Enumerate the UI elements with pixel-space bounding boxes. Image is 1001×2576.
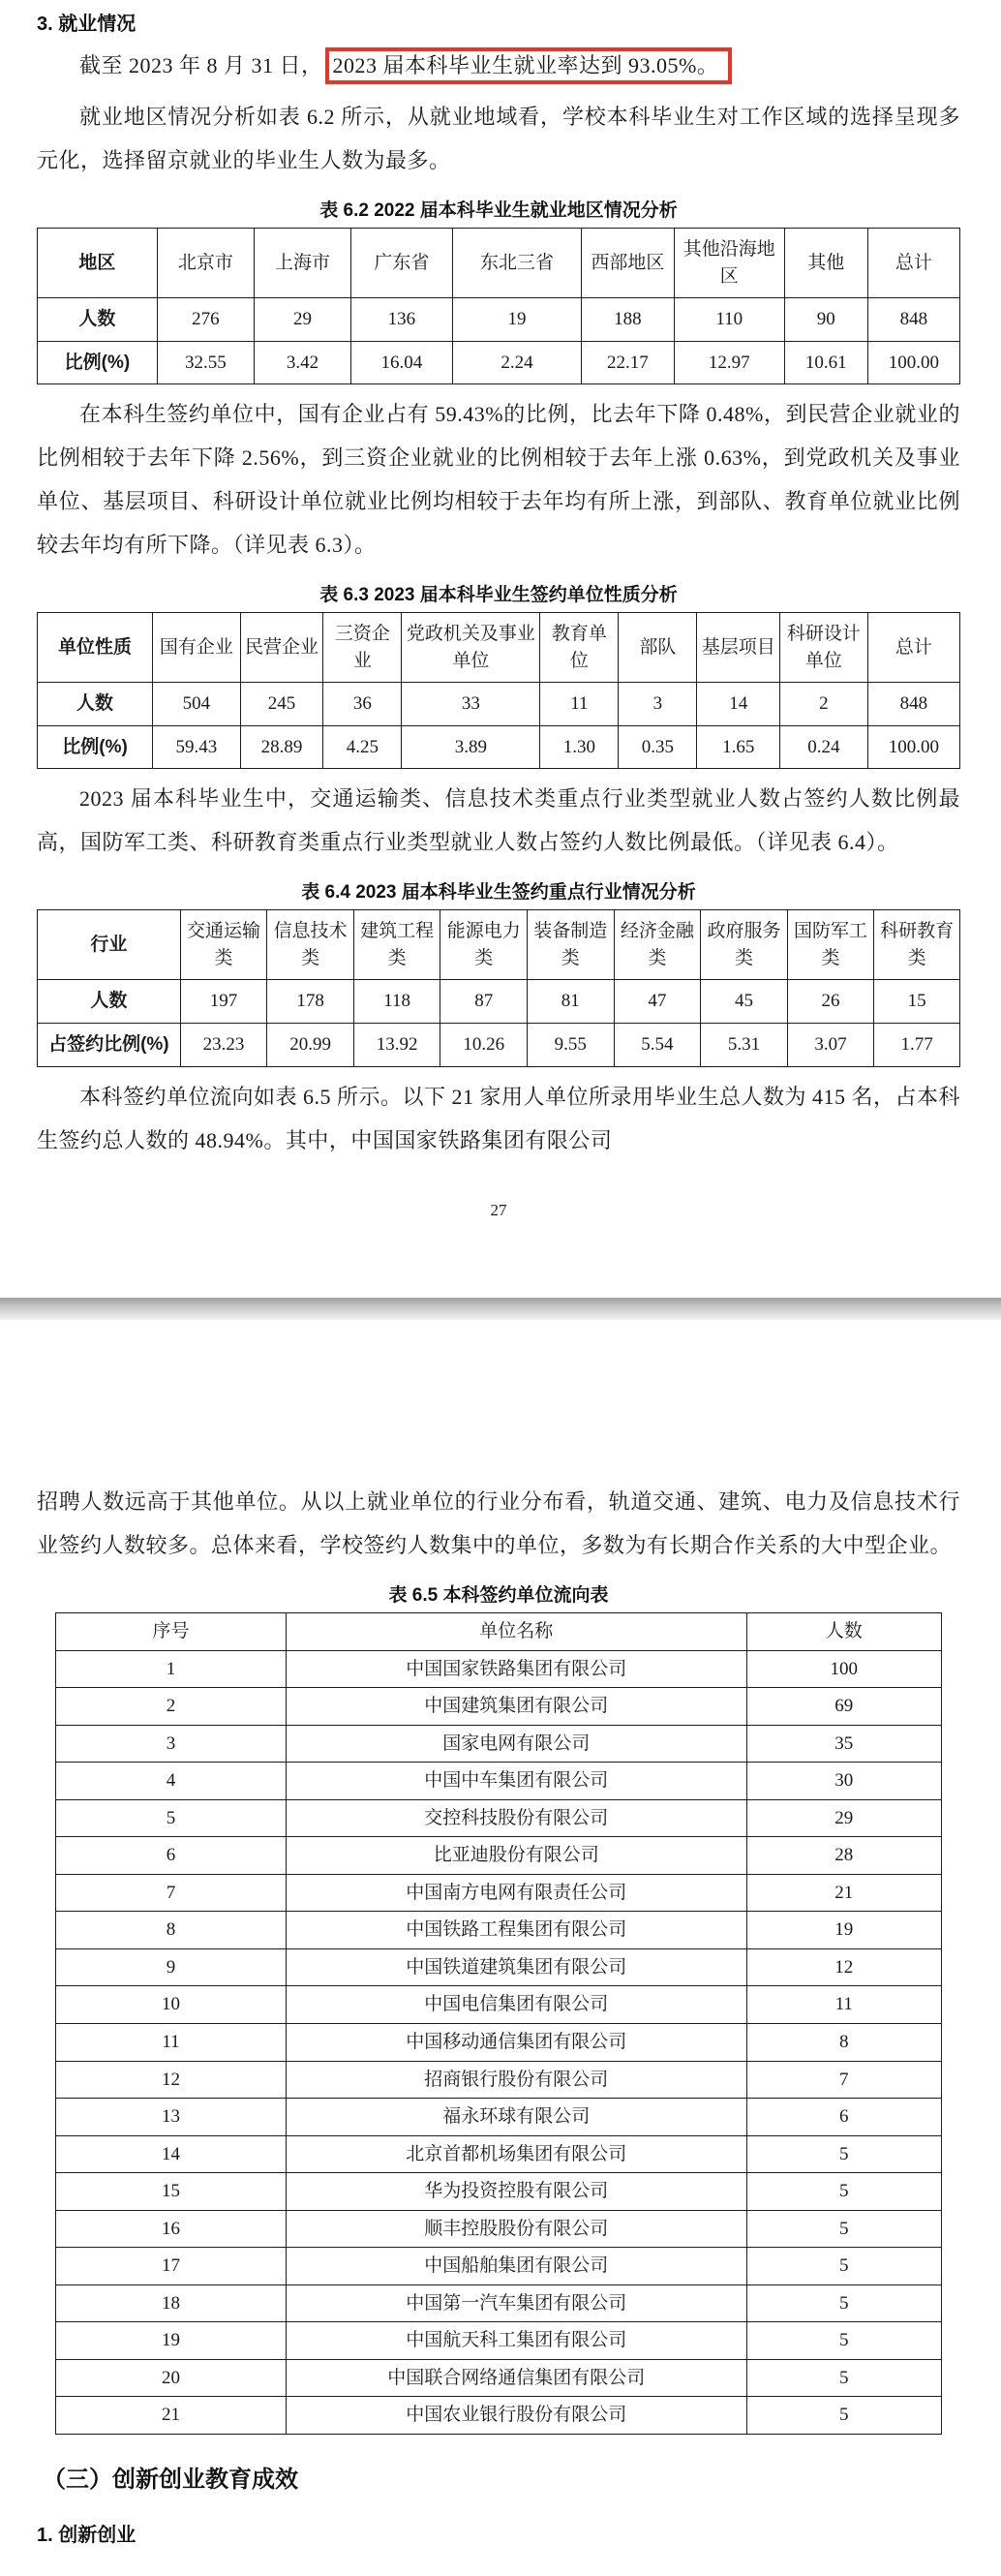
table-header-cell: 科研教育类 (874, 910, 960, 980)
table-header-cell: 地区 (38, 229, 158, 298)
para-unit-nature: 在本科生签约单位中，国有企业占有 59.43%的比例，比去年下降 0.48%，到… (37, 392, 960, 567)
para-recruit: 招聘人数远高于其他单位。从以上就业单位的行业分布看，轨道交通、建筑、电力及信息技… (37, 1480, 960, 1567)
table-cell: 11 (540, 683, 619, 726)
table-cell: 11 (56, 2024, 287, 2062)
table-cell: 12 (56, 2061, 287, 2099)
table-6-5-unit-flow: 序号单位名称人数1中国国家铁路集团有限公司1002中国建筑集团有限公司693国家… (55, 1612, 942, 2435)
table-cell: 848 (867, 683, 959, 726)
table-cell: 5 (746, 2135, 941, 2173)
table-cell: 人数 (38, 298, 158, 342)
table-header-cell: 党政机关及事业单位 (402, 613, 540, 683)
table-header-cell: 单位性质 (38, 613, 153, 683)
table-cell: 18 (56, 2285, 287, 2322)
table-cell: 中国联合网络通信集团有限公司 (286, 2359, 746, 2397)
table-cell: 人数 (38, 980, 181, 1024)
table-cell: 36 (323, 683, 402, 726)
table-cell: 1 (56, 1650, 287, 1688)
table-cell: 848 (867, 298, 959, 342)
table-cell: 28.89 (240, 725, 323, 769)
table-cell: 1.65 (697, 725, 780, 769)
table-cell: 4.25 (323, 725, 402, 769)
para-region-analysis: 就业地区情况分析如表 6.2 所示，从就业地域看，学校本科毕业生对工作区域的选择… (37, 95, 960, 182)
table-cell: 45 (701, 980, 788, 1024)
table-header-cell: 东北三省 (452, 229, 581, 298)
table-row: 人数197178118878147452615 (38, 980, 960, 1024)
employment-rate-prefix: 截至 2023 年 8 月 31 日， (79, 53, 323, 77)
table-row: 15华为投资控股有限公司5 (56, 2173, 942, 2211)
table-cell: 3 (619, 683, 697, 726)
table-cell: 9 (56, 1948, 287, 1986)
table-cell: 1.77 (874, 1024, 960, 1067)
table-header-cell: 建筑工程类 (353, 910, 440, 980)
table-cell: 招商银行股份有限公司 (286, 2061, 746, 2099)
table-header-cell: 政府服务类 (701, 910, 788, 980)
table-cell: 中国中车集团有限公司 (286, 1763, 746, 1800)
table-cell: 11 (746, 1986, 941, 2024)
table-header-cell: 信息技术类 (267, 910, 354, 980)
table-cell: 19 (56, 2322, 287, 2360)
table-cell: 110 (674, 298, 784, 342)
table-cell: 197 (180, 980, 267, 1024)
table-cell: 16.04 (351, 341, 453, 384)
table-cell: 3 (56, 1725, 287, 1763)
table-row: 10中国电信集团有限公司11 (56, 1986, 942, 2024)
table-header-cell: 民营企业 (240, 613, 323, 683)
table-row: 8中国铁路工程集团有限公司19 (56, 1912, 942, 1949)
table-cell: 19 (452, 298, 581, 342)
table-cell: 12.97 (674, 341, 784, 384)
table-cell: 19 (746, 1912, 941, 1949)
table-header-cell: 上海市 (254, 229, 350, 298)
table-header-cell: 部队 (619, 613, 697, 683)
table-row: 21中国农业银行股份有限公司5 (56, 2397, 942, 2435)
table-cell: 29 (254, 298, 350, 342)
table-cell: 87 (440, 980, 528, 1024)
table-cell: 中国移动通信集团有限公司 (286, 2024, 746, 2062)
table-cell: 20.99 (267, 1024, 354, 1067)
table-cell: 中国建筑集团有限公司 (286, 1688, 746, 1726)
table-caption-6-2: 表 6.2 2022 届本科毕业生就业地区情况分析 (37, 196, 960, 222)
table-header-cell: 三资企业 (323, 613, 402, 683)
table-cell: 交控科技股份有限公司 (286, 1799, 746, 1837)
table-cell: 10 (56, 1986, 287, 2024)
table-cell: 中国第一汽车集团有限公司 (286, 2285, 746, 2322)
table-row: 2中国建筑集团有限公司69 (56, 1688, 942, 1726)
table-header-cell: 单位名称 (286, 1613, 746, 1651)
table-cell: 100 (746, 1650, 941, 1688)
table-cell: 20 (56, 2359, 287, 2397)
table-header-cell: 国防军工类 (787, 910, 874, 980)
table-cell: 5.31 (701, 1024, 788, 1067)
table-header-cell: 行业 (38, 910, 181, 980)
table-cell: 5 (56, 1799, 287, 1837)
table-cell: 2 (780, 683, 868, 726)
table-cell: 福永环球有限公司 (286, 2099, 746, 2136)
table-header-cell: 广东省 (351, 229, 453, 298)
table-header-cell: 教育单位 (540, 613, 619, 683)
table-cell: 23.23 (180, 1024, 267, 1067)
table-cell: 中国铁道建筑集团有限公司 (286, 1948, 746, 1986)
table-cell: 3.42 (254, 341, 350, 384)
table-cell: 13.92 (353, 1024, 440, 1067)
table-cell: 比例(%) (38, 725, 153, 769)
table-cell: 245 (240, 683, 323, 726)
table-cell: 5 (746, 2173, 941, 2211)
table-cell: 顺丰控股股份有限公司 (286, 2210, 746, 2248)
table-caption-6-3: 表 6.3 2023 届本科毕业生签约单位性质分析 (37, 580, 960, 606)
section-heading-innovation: （三）创新创业教育成效 (43, 2460, 960, 2494)
para-employment-rate: 截至 2023 年 8 月 31 日，2023 届本科毕业生就业率达到 93.0… (37, 44, 960, 87)
table-header-cell: 装备制造类 (528, 910, 615, 980)
table-row: 20中国联合网络通信集团有限公司5 (56, 2359, 942, 2397)
table-cell: 30 (746, 1763, 941, 1800)
table-cell: 26 (787, 980, 874, 1024)
table-cell: 7 (56, 1874, 287, 1912)
table-cell: 中国船舶集团有限公司 (286, 2248, 746, 2285)
table-cell: 100.00 (867, 725, 959, 769)
subsection-heading-innovation: 1. 创新创业 (37, 2519, 960, 2547)
table-cell: 29 (746, 1799, 941, 1837)
table-cell: 12 (746, 1948, 941, 1986)
table-cell: 中国航天科工集团有限公司 (286, 2322, 746, 2360)
table-header-cell: 国有企业 (153, 613, 241, 683)
table-cell: 21 (746, 1874, 941, 1912)
table-cell: 90 (784, 298, 867, 342)
table-cell: 中国铁路工程集团有限公司 (286, 1912, 746, 1949)
table-row: 比例(%)32.553.4216.042.2422.1712.9710.6110… (38, 341, 960, 384)
table-cell: 10.61 (784, 341, 867, 384)
table-cell: 15 (56, 2173, 287, 2211)
table-row: 4中国中车集团有限公司30 (56, 1763, 942, 1800)
table-header-cell: 总计 (867, 229, 959, 298)
table-row: 14北京首都机场集团有限公司5 (56, 2135, 942, 2173)
table-header-cell: 能源电力类 (440, 910, 528, 980)
table-6-3-unit-nature: 单位性质国有企业民营企业三资企业党政机关及事业单位教育单位部队基层项目科研设计单… (37, 612, 960, 769)
table-row: 13福永环球有限公司6 (56, 2099, 942, 2136)
table-cell: 人数 (38, 683, 153, 726)
table-cell: 北京首都机场集团有限公司 (286, 2135, 746, 2173)
table-cell: 47 (614, 980, 701, 1024)
table-cell: 22.17 (582, 341, 674, 384)
table-caption-6-5: 表 6.5 本科签约单位流向表 (37, 1580, 960, 1607)
table-cell: 13 (56, 2099, 287, 2136)
table-cell: 4 (56, 1763, 287, 1800)
table-cell: 中国电信集团有限公司 (286, 1986, 746, 2024)
table-row: 3国家电网有限公司35 (56, 1725, 942, 1763)
table-cell: 5 (746, 2359, 941, 2397)
table-header-row: 行业交通运输类信息技术类建筑工程类能源电力类装备制造类经济金融类政府服务类国防军… (38, 910, 960, 980)
table-header-cell: 交通运输类 (180, 910, 267, 980)
table-cell: 8 (746, 2024, 941, 2062)
employment-rate-highlight: 2023 届本科毕业生就业率达到 93.05%。 (325, 47, 733, 84)
table-cell: 9.55 (528, 1024, 615, 1067)
table-cell: 占签约比例(%) (38, 1024, 181, 1067)
table-cell: 276 (157, 298, 254, 342)
table-header-cell: 人数 (746, 1613, 941, 1651)
table-row: 18中国第一汽车集团有限公司5 (56, 2285, 942, 2322)
table-cell: 35 (746, 1725, 941, 1763)
table-header-cell: 北京市 (157, 229, 254, 298)
table-cell: 6 (746, 2099, 941, 2136)
table-header-row: 单位性质国有企业民营企业三资企业党政机关及事业单位教育单位部队基层项目科研设计单… (38, 613, 960, 683)
table-6-2-region: 地区北京市上海市广东省东北三省西部地区其他沿海地区其他总计人数276291361… (37, 228, 960, 384)
table-cell: 8 (56, 1912, 287, 1949)
table-cell: 17 (56, 2248, 287, 2285)
section-heading-employment: 3. 就业情况 (37, 8, 960, 36)
table-row: 人数276291361918811090848 (38, 298, 960, 342)
table-cell: 1.30 (540, 725, 619, 769)
table-row: 1中国国家铁路集团有限公司100 (56, 1650, 942, 1688)
table-cell: 比亚迪股份有限公司 (286, 1837, 746, 1875)
table-cell: 136 (351, 298, 453, 342)
table-cell: 7 (746, 2061, 941, 2099)
table-cell: 5 (746, 2248, 941, 2285)
table-row: 比例(%)59.4328.894.253.891.300.351.650.241… (38, 725, 960, 769)
table-cell: 5 (746, 2322, 941, 2360)
table-cell: 10.26 (440, 1024, 528, 1067)
table-header-row: 地区北京市上海市广东省东北三省西部地区其他沿海地区其他总计 (38, 229, 960, 298)
table-cell: 2 (56, 1688, 287, 1726)
table-header-cell: 西部地区 (582, 229, 674, 298)
table-cell: 81 (528, 980, 615, 1024)
table-header-cell: 总计 (867, 613, 959, 683)
page-break-separator (0, 1298, 1001, 1320)
table-cell: 15 (874, 980, 960, 1024)
table-cell: 69 (746, 1688, 941, 1726)
table-row: 19中国航天科工集团有限公司5 (56, 2322, 942, 2360)
table-row: 9中国铁道建筑集团有限公司12 (56, 1948, 942, 1986)
table-cell: 华为投资控股有限公司 (286, 2173, 746, 2211)
table-cell: 188 (582, 298, 674, 342)
table-cell: 118 (353, 980, 440, 1024)
page-number: 27 (37, 1201, 960, 1220)
table-row: 5交控科技股份有限公司29 (56, 1799, 942, 1837)
table-cell: 28 (746, 1837, 941, 1875)
table-header-cell: 其他沿海地区 (674, 229, 784, 298)
table-cell: 国家电网有限公司 (286, 1725, 746, 1763)
table-cell: 3.89 (402, 725, 540, 769)
table-header-cell: 其他 (784, 229, 867, 298)
table-cell: 0.24 (780, 725, 868, 769)
table-cell: 比例(%) (38, 341, 158, 384)
table-cell: 33 (402, 683, 540, 726)
table-cell: 16 (56, 2210, 287, 2248)
table-header-cell: 经济金融类 (614, 910, 701, 980)
table-row: 16顺丰控股股份有限公司5 (56, 2210, 942, 2248)
table-row: 人数5042453633113142848 (38, 683, 960, 726)
table-cell: 14 (697, 683, 780, 726)
table-6-4-industry: 行业交通运输类信息技术类建筑工程类能源电力类装备制造类经济金融类政府服务类国防军… (37, 909, 960, 1066)
table-cell: 504 (153, 683, 241, 726)
table-cell: 5 (746, 2210, 941, 2248)
table-cell: 14 (56, 2135, 287, 2173)
para-unit-flow: 本科签约单位流向如表 6.5 所示。以下 21 家用人单位所录用毕业生总人数为 … (37, 1075, 960, 1162)
document-page-27: 3. 就业情况 截至 2023 年 8 月 31 日，2023 届本科毕业生就业… (0, 0, 1001, 1298)
table-cell: 59.43 (153, 725, 241, 769)
table-row: 17中国船舶集团有限公司5 (56, 2248, 942, 2285)
document-page-28: 招聘人数远高于其他单位。从以上就业单位的行业分布看，轨道交通、建筑、电力及信息技… (0, 1320, 1001, 2576)
table-cell: 178 (267, 980, 354, 1024)
table-cell: 21 (56, 2397, 287, 2435)
table-cell: 2.24 (452, 341, 581, 384)
table-caption-6-4: 表 6.4 2023 届本科毕业生签约重点行业情况分析 (37, 877, 960, 904)
table-cell: 5.54 (614, 1024, 701, 1067)
table-header-row: 序号单位名称人数 (56, 1613, 942, 1651)
table-cell: 100.00 (867, 341, 959, 384)
table-cell: 32.55 (157, 341, 254, 384)
table-header-cell: 序号 (56, 1613, 287, 1651)
table-cell: 5 (746, 2397, 941, 2435)
table-row: 6比亚迪股份有限公司28 (56, 1837, 942, 1875)
table-cell: 中国农业银行股份有限公司 (286, 2397, 746, 2435)
table-cell: 中国南方电网有限责任公司 (286, 1874, 746, 1912)
table-header-cell: 基层项目 (697, 613, 780, 683)
table-cell: 3.07 (787, 1024, 874, 1067)
para-industry: 2023 届本科毕业生中，交通运输类、信息技术类重点行业类型就业人数占签约人数比… (37, 777, 960, 864)
table-cell: 6 (56, 1837, 287, 1875)
table-cell: 5 (746, 2285, 941, 2322)
table-row: 12招商银行股份有限公司7 (56, 2061, 942, 2099)
table-row: 占签约比例(%)23.2320.9913.9210.269.555.545.31… (38, 1024, 960, 1067)
table-cell: 中国国家铁路集团有限公司 (286, 1650, 746, 1688)
table-row: 7中国南方电网有限责任公司21 (56, 1874, 942, 1912)
table-row: 11中国移动通信集团有限公司8 (56, 2024, 942, 2062)
table-cell: 0.35 (619, 725, 697, 769)
table-header-cell: 科研设计单位 (780, 613, 868, 683)
